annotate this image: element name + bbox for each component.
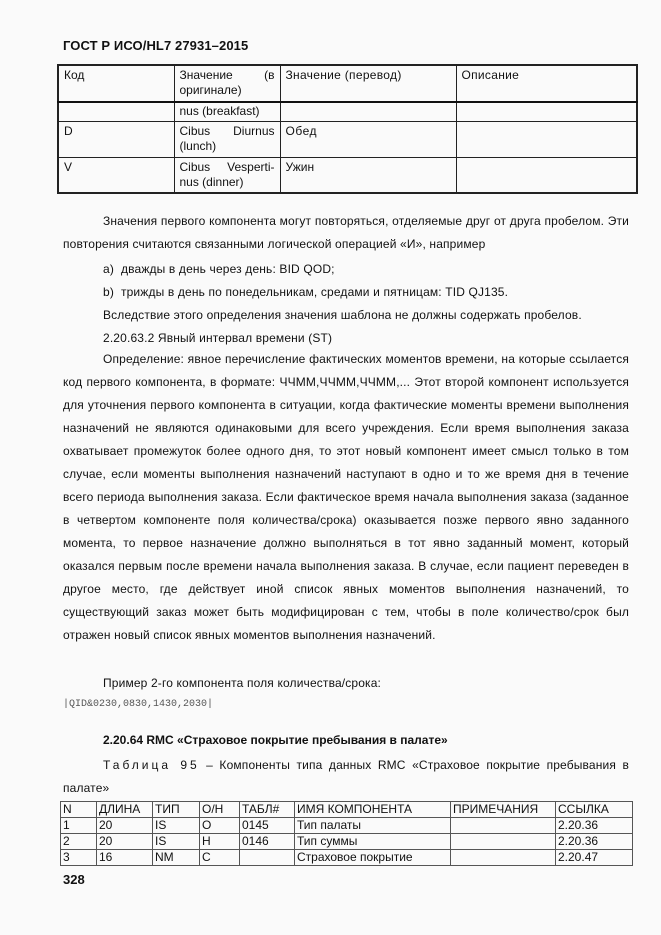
cell-table [240,850,295,866]
cell-component-name: Тип суммы [295,834,451,850]
cell-original: Cibus Diurnus(lunch) [174,121,280,157]
cell-opt: O [200,818,240,834]
paragraph-repetitions: Значения первого компонента могут повтор… [63,210,629,256]
cell-translation: Ужин [280,157,456,193]
code-values-table: Код Значение (воригинале) Значение (пере… [57,64,638,194]
table-row: D Cibus Diurnus(lunch) Обед [58,121,637,157]
cell-n: 3 [61,850,97,866]
header-line: Значение (в [180,68,275,82]
document-header: ГОСТ Р ИСО/HL7 27931–2015 [63,38,248,53]
cell-type: IS [153,818,200,834]
cell-component-name: Тип палаты [295,818,451,834]
cell-line: Cibus Vesperti- [180,160,275,174]
table-row: 2 20 IS H 0146 Тип суммы 2.20.36 [61,834,633,850]
cell-line: nus (dinner) [180,175,275,190]
paragraph-no-spaces: Вследствие этого определения значения ша… [103,308,582,322]
cell-code [58,102,174,121]
table-row: 1 20 IS O 0145 Тип палаты 2.20.36 [61,818,633,834]
cell-notes [451,850,556,866]
table-header-row: N ДЛИНА ТИП О/Н ТАБЛ# ИМЯ КОМПОНЕНТА ПРИ… [61,802,633,818]
cell-code: V [58,157,174,193]
column-header-description: Описание [456,65,637,102]
column-header-n: N [61,802,97,818]
column-header-code: Код [58,65,174,102]
cell-table: 0146 [240,834,295,850]
cell-description [456,102,637,121]
list-text: трижды в день по понедельникам, средами … [121,285,508,299]
rmc-components-table: N ДЛИНА ТИП О/Н ТАБЛ# ИМЯ КОМПОНЕНТА ПРИ… [60,801,633,866]
table-header-row: Код Значение (воригинале) Значение (пере… [58,65,637,102]
cell-opt: C [200,850,240,866]
column-header-original: Значение (воригинале) [174,65,280,102]
table-row: 3 16 NM C Страховое покрытие 2.20.47 [61,850,633,866]
cell-notes [451,818,556,834]
list-marker: a) [103,262,114,276]
cell-original: Cibus Vesperti-nus (dinner) [174,157,280,193]
header-line: оригинале) [180,83,275,98]
cell-type: NM [153,850,200,866]
section-heading: 2.20.64 RMC «Страховое покрытие пребыван… [103,733,448,747]
column-header-reference: ССЫЛКА [556,802,633,818]
cell-type: IS [153,834,200,850]
cell-length: 20 [97,818,153,834]
table-caption-label: Таблица 95 [103,758,200,772]
cell-component-name: Страховое покрытие [295,850,451,866]
subsection-heading: 2.20.63.2 Явный интервал времени (ST) [103,331,332,345]
list-item-a: a) дважды в день через день: BID QOD; [103,262,335,276]
cell-length: 20 [97,834,153,850]
cell-translation: Обед [280,121,456,157]
list-item-b: b) трижды в день по понедельникам, среда… [103,285,508,299]
table-row: nus (breakfast) [58,102,637,121]
paragraph-definition: Определение: явное перечисление фактичес… [63,348,629,647]
cell-description [456,157,637,193]
column-header-translation: Значение (перевод) [280,65,456,102]
column-header-notes: ПРИМЕЧАНИЯ [451,802,556,818]
cell-opt: H [200,834,240,850]
column-header-length: ДЛИНА [97,802,153,818]
cell-n: 1 [61,818,97,834]
table-caption: Таблица 95 – Компоненты типа данных RMC … [63,754,629,800]
column-header-type: ТИП [153,802,200,818]
column-header-opt: О/Н [200,802,240,818]
example-label: Пример 2-го компонента поля количества/с… [103,676,381,690]
list-text: дважды в день через день: BID QOD; [121,262,335,276]
cell-translation [280,102,456,121]
cell-reference: 2.20.36 [556,818,633,834]
cell-length: 16 [97,850,153,866]
example-code: |QID&0230,0830,1430,2030| [63,699,213,710]
column-header-component-name: ИМЯ КОМПОНЕНТА [295,802,451,818]
cell-reference: 2.20.36 [556,834,633,850]
cell-line: (lunch) [180,139,275,154]
cell-line: Cibus Diurnus [180,124,275,138]
cell-reference: 2.20.47 [556,850,633,866]
cell-notes [451,834,556,850]
page-number: 328 [63,872,85,887]
cell-table: 0145 [240,818,295,834]
cell-description [456,121,637,157]
column-header-table: ТАБЛ# [240,802,295,818]
list-marker: b) [103,285,114,299]
cell-code: D [58,121,174,157]
table-row: V Cibus Vesperti-nus (dinner) Ужин [58,157,637,193]
cell-original: nus (breakfast) [174,102,280,121]
cell-n: 2 [61,834,97,850]
